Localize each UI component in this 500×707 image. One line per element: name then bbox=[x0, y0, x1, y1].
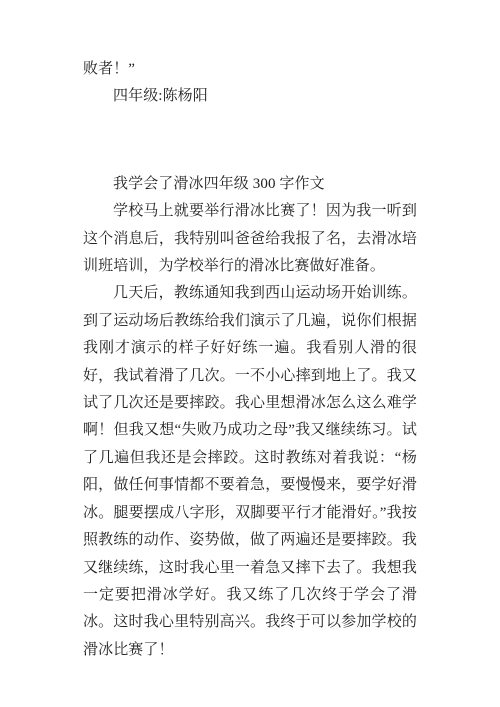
document-page: 败者！” 四年级:陈杨阳 我学会了滑冰四年级 300 字作文 学校马上就要举行滑… bbox=[0, 0, 500, 707]
essay-paragraph-2: 几天后，教练通知我到西山运动场开始训练。到了运动场后教练给我们演示了几遍，说你们… bbox=[83, 280, 417, 664]
author-signature: 四年级:陈杨阳 bbox=[83, 83, 417, 110]
essay-title: 我学会了滑冰四年级 300 字作文 bbox=[83, 171, 417, 198]
previous-essay-tail: 败者！” bbox=[83, 56, 417, 83]
essay-paragraph-1: 学校马上就要举行滑冰比赛了！因为我一听到这个消息后，我特别叫爸爸给我报了名，去滑… bbox=[83, 198, 417, 280]
section-gap bbox=[83, 111, 417, 171]
